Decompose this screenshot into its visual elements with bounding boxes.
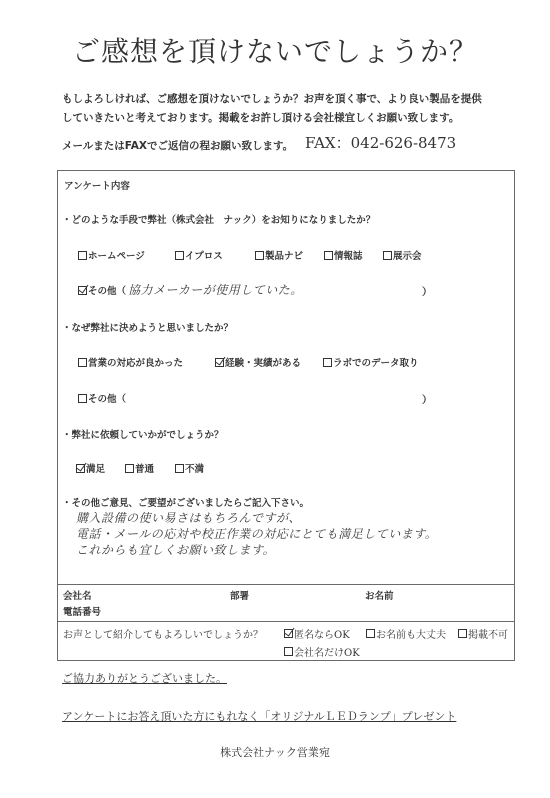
- question-1: ・どのような手段で弊社（株式会社 ナック）をお知りになりましたか？: [62, 212, 375, 226]
- q2-option-experience[interactable]: 経験・実績がある: [215, 355, 301, 369]
- question-3: ・弊社に依頼していかがでしょうか？: [62, 427, 224, 441]
- checkbox-icon[interactable]: [366, 629, 375, 638]
- checkbox-checked-icon[interactable]: [78, 286, 87, 295]
- q1-other-close-paren: ）: [422, 283, 432, 298]
- q3-option-satisfied[interactable]: 満足: [76, 461, 105, 475]
- question-4: ・その他ご意見、ご要望がございましたらご記入下さい。: [62, 495, 309, 509]
- checkbox-icon[interactable]: [383, 251, 392, 260]
- q1-option-homepage[interactable]: ホームページ: [78, 248, 145, 262]
- q1-option-product-navi[interactable]: 製品ナビ: [255, 248, 303, 262]
- checkbox-icon[interactable]: [125, 464, 134, 473]
- intro-text-line-1: もしよろしければ、ご感想を頂けないでしょうか？お声を頂く事で、より良い製品を提供: [62, 91, 482, 106]
- q1-option-magazine[interactable]: 情報誌: [324, 248, 363, 262]
- q2-other-close-paren: ）: [422, 391, 432, 406]
- department-label: 部署: [230, 588, 249, 602]
- checkbox-icon[interactable]: [323, 358, 332, 367]
- checkbox-icon[interactable]: [78, 251, 87, 260]
- checkbox-checked-icon[interactable]: [215, 358, 224, 367]
- q3-option-normal[interactable]: 普通: [125, 461, 154, 475]
- checkbox-checked-icon[interactable]: [76, 464, 85, 473]
- testimonial-option-anonymous[interactable]: 匿名ならOK: [284, 626, 350, 641]
- testimonial-question: お声として紹介してもよろしいでしょうか？: [63, 626, 263, 641]
- testimonial-option-name-ok[interactable]: お名前も大丈夫: [366, 626, 446, 641]
- checkbox-icon[interactable]: [324, 251, 333, 260]
- fax-note: メールまたはFAXでご返信の程お願い致します。: [62, 138, 293, 153]
- q1-other-handwritten[interactable]: 協力メーカーが使用していた。: [128, 281, 303, 298]
- question-2: ・なぜ弊社に決めようと思いましたか？: [62, 320, 233, 334]
- q1-option-ipros[interactable]: イプロス: [175, 248, 223, 262]
- fax-number: FAX：042-626-8473: [305, 132, 456, 153]
- checkbox-icon[interactable]: [78, 358, 87, 367]
- divider-testimonial: [58, 621, 514, 622]
- testimonial-option-company-only[interactable]: 会社名だけOK: [284, 644, 360, 659]
- checkbox-icon[interactable]: [175, 251, 184, 260]
- company-label: 会社名: [63, 588, 92, 602]
- checkbox-icon[interactable]: [458, 629, 467, 638]
- survey-form-box: [57, 170, 515, 661]
- q3-option-dissatisfied[interactable]: 不満: [175, 461, 204, 475]
- q4-handwritten-line-1[interactable]: 購入設備の使い易さはもちろんですが、: [76, 509, 301, 526]
- q1-option-exhibition[interactable]: 展示会: [383, 248, 422, 262]
- checkbox-icon[interactable]: [255, 251, 264, 260]
- checkbox-icon[interactable]: [78, 394, 87, 403]
- testimonial-option-no-publish[interactable]: 掲載不可: [458, 626, 508, 641]
- divider-contact: [58, 584, 514, 585]
- q2-option-lab-data[interactable]: ラボでのデータ取り: [323, 355, 419, 369]
- survey-section-label: アンケート内容: [64, 178, 130, 192]
- promo-message: アンケートにお答え頂いた方にもれなく「オリジナルＬＥＤランプ」プレゼント: [62, 708, 456, 724]
- checkbox-icon[interactable]: [175, 464, 184, 473]
- intro-text-line-2: していきたいと考えております。掲載をお許し頂ける会社様宜しくお願い致します。: [62, 110, 459, 125]
- q2-option-other[interactable]: その他（: [78, 391, 126, 405]
- q4-handwritten-line-2[interactable]: 電話・メールの応対や校正作業の対応にとても満足しています。: [76, 525, 437, 542]
- checkbox-icon[interactable]: [284, 647, 293, 656]
- page-title: ご感想を頂けないでしょうか？: [0, 30, 550, 70]
- q1-option-other[interactable]: その他（: [78, 283, 126, 297]
- thanks-message: ご協力ありがとうございました。: [62, 670, 227, 686]
- name-label: お名前: [365, 588, 394, 602]
- destination-label: 株式会社ナック営業宛: [0, 744, 550, 760]
- checkbox-checked-icon[interactable]: [284, 629, 293, 638]
- phone-label: 電話番号: [63, 604, 101, 618]
- q2-option-sales[interactable]: 営業の対応が良かった: [78, 355, 183, 369]
- q4-handwritten-line-3[interactable]: これからも宜しくお願い致します。: [76, 541, 275, 558]
